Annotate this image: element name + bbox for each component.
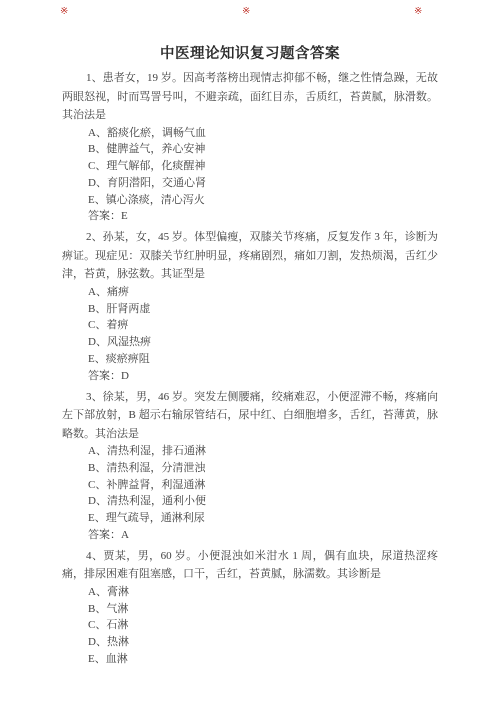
option-c: C、理气解郁，化痰醒神 [88,158,438,175]
option-c: C、石淋 [88,617,438,634]
option-a: A、膏淋 [88,584,438,601]
option-c: C、着痹 [88,317,438,334]
question-block-3: 3、徐某，男，46 岁。突发左侧腰痛，绞痛难忍，小便涩滞不畅，疼痛向左下部放射，… [62,388,438,544]
question-stem: 4、贾某，男，60 岁。小便混浊如米泔水 1 周，偶有血块，尿道热涩疼痛，排尿困… [62,547,438,584]
option-d: D、风湿热痹 [88,334,438,351]
answer-line: 答案：E [88,208,438,225]
answer-line: 答案：D [88,368,438,385]
red-stamp-icon: ※ [60,6,69,18]
option-a: A、清热利湿，排石通淋 [88,443,438,460]
document-content: 中医理论知识复习题含答案 1、患者女，19 岁。因高考落榜出现情志抑郁不畅，继之… [62,44,438,668]
option-a: A、痛痹 [88,284,438,301]
option-e: E、镇心涤痰，清心泻火 [88,192,438,209]
question-block-2: 2、孙某，女，45 岁。体型偏瘦，双膝关节疼痛，反复发作 3 年，诊断为痹证。现… [62,228,438,384]
red-stamp-icon: ※ [242,6,251,18]
option-d: D、清热利湿，通利小便 [88,493,438,510]
page-title: 中医理论知识复习题含答案 [62,44,438,64]
option-c: C、补脾益肾，利湿通淋 [88,477,438,494]
document-page: ※ ※ ※ 中医理论知识复习题含答案 1、患者女，19 岁。因高考落榜出现情志抑… [0,0,500,707]
stamps-row: ※ ※ ※ [0,6,500,22]
option-d: D、热淋 [88,634,438,651]
answer-line: 答案：A [88,527,438,544]
option-b: B、气淋 [88,601,438,618]
question-block-4: 4、贾某，男，60 岁。小便混浊如米泔水 1 周，偶有血块，尿道热涩疼痛，排尿困… [62,547,438,668]
option-b: B、健脾益气，养心安神 [88,141,438,158]
question-stem: 3、徐某，男，46 岁。突发左侧腰痛，绞痛难忍，小便涩滞不畅，疼痛向左下部放射，… [62,388,438,444]
question-stem: 1、患者女，19 岁。因高考落榜出现情志抑郁不畅，继之性情急躁，无故两眼怒视，时… [62,69,438,125]
red-stamp-icon: ※ [414,6,423,18]
option-b: B、清热利湿，分清泄浊 [88,460,438,477]
option-b: B、肝肾两虚 [88,301,438,318]
option-e: E、血淋 [88,651,438,668]
option-a: A、豁痰化瘀，调畅气血 [88,125,438,142]
option-d: D、育阴潜阳，交通心肾 [88,175,438,192]
question-block-1: 1、患者女，19 岁。因高考落榜出现情志抑郁不畅，继之性情急躁，无故两眼怒视，时… [62,69,438,225]
option-e: E、痰瘀痹阻 [88,351,438,368]
option-e: E、理气疏导，通淋利尿 [88,510,438,527]
question-stem: 2、孙某，女，45 岁。体型偏瘦，双膝关节疼痛，反复发作 3 年，诊断为痹证。现… [62,228,438,284]
